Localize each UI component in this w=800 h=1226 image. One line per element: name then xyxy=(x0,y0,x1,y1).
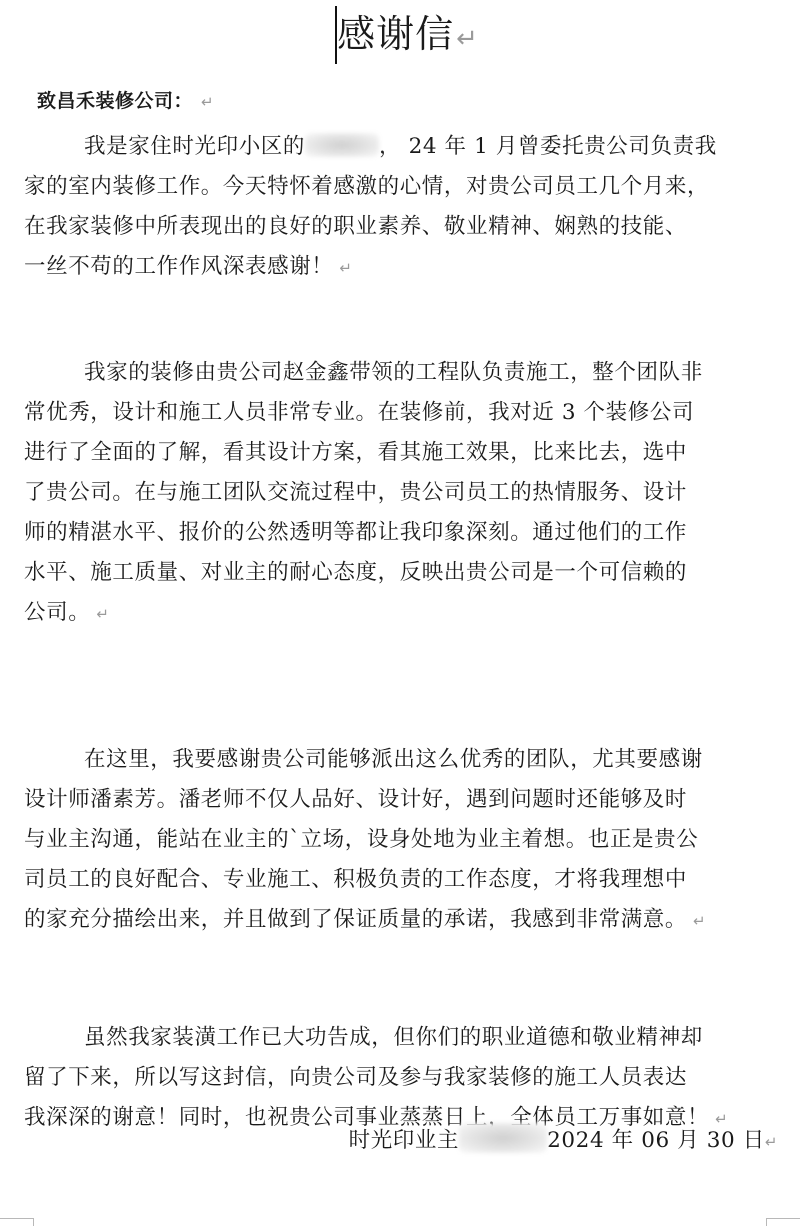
text-line: 设计师潘素芳。潘老师不仅人品好、设计好，遇到问题时还能够及时 xyxy=(24,780,776,820)
text-line: 进行了全面的了解，看其设计方案，看其施工效果，比来比去，选中 xyxy=(24,433,776,473)
page-margin-marker-right xyxy=(766,1218,800,1226)
text-line: 家的室内装修工作。今天特怀着感激的心情，对贵公司员工几个月来， xyxy=(24,167,776,207)
text-line: 一丝不苟的工作作风深表感谢！↵ xyxy=(24,247,776,287)
text-line: 的家充分描绘出来，并且做到了保证质量的承诺，我感到非常满意。↵ xyxy=(24,900,776,940)
paragraph-mark-icon: ↵ xyxy=(339,259,352,277)
title-text: 感谢信 xyxy=(337,12,454,56)
title-row: 感谢信↵ xyxy=(0,4,800,64)
text-line: 我家的装修由贵公司赵金鑫带领的工程队负责施工，整个团队非 xyxy=(24,353,776,393)
text-line: 我是家住时光印小区的， 24 年 1 月曾委托贵公司负责我 xyxy=(24,127,776,167)
line-text: 的家充分描绘出来，并且做到了保证质量的承诺，我感到非常满意。 xyxy=(24,907,687,932)
line-text: 公司。 xyxy=(24,600,90,625)
line-text: ， xyxy=(379,134,401,159)
line-text: 24 年 1 月曾委托贵公司负责我 xyxy=(409,134,717,159)
text-line: 在我家装修中所表现出的良好的职业素养、敬业精神、娴熟的技能、 xyxy=(24,207,776,247)
signature-prefix: 时光印业主 xyxy=(349,1128,460,1153)
text-line: 留了下来，所以写这封信，向贵公司及参与我家装修的施工人员表达 xyxy=(24,1058,776,1098)
text-line: 司员工的良好配合、专业施工、积极负责的工作态度，才将我理想中 xyxy=(24,860,776,900)
paragraph-mark-icon: ↵ xyxy=(693,912,706,930)
text-line: 了贵公司。在与施工团队交流过程中，贵公司员工的热情服务、设计 xyxy=(24,473,776,513)
document-page: 感谢信↵ 致昌禾装修公司：↵ 我是家住时光印小区的， 24 年 1 月曾委托贵公… xyxy=(0,0,800,1226)
paragraph-3[interactable]: 在这里，我要感谢贵公司能够派出这么优秀的团队，尤其要感谢 设计师潘素芳。潘老师不… xyxy=(24,740,776,940)
signature-line[interactable]: 时光印业主2024 年 06 月 30 日↵ xyxy=(349,1121,778,1162)
paragraph-2[interactable]: 我家的装修由贵公司赵金鑫带领的工程队负责施工，整个团队非 常优秀，设计和施工人员… xyxy=(24,353,776,633)
line-text: 一丝不苟的工作作风深表感谢！ xyxy=(24,254,333,279)
paragraph-mark-icon: ↵ xyxy=(201,93,214,111)
text-line: 虽然我家装潢工作已大功告成，但你们的职业道德和敬业精神却 xyxy=(24,1018,776,1058)
text-cursor xyxy=(335,6,337,64)
document-title[interactable]: 感谢信↵ xyxy=(335,4,479,69)
line-text: 我是家住时光印小区的 xyxy=(84,134,305,159)
paragraph-1[interactable]: 我是家住时光印小区的， 24 年 1 月曾委托贵公司负责我 家的室内装修工作。今… xyxy=(24,127,776,287)
redacted-name xyxy=(305,133,379,157)
redacted-signature xyxy=(459,1123,547,1153)
paragraph-mark-icon: ↵ xyxy=(456,24,479,54)
text-line: 水平、施工质量、对业主的耐心态度，反映出贵公司是一个可信赖的 xyxy=(24,553,776,593)
paragraph-mark-icon: ↵ xyxy=(765,1133,778,1151)
signature-date: 2024 年 06 月 30 日 xyxy=(547,1128,765,1153)
paragraph-4[interactable]: 虽然我家装潢工作已大功告成，但你们的职业道德和敬业精神却 留了下来，所以写这封信… xyxy=(24,1018,776,1138)
text-line: 师的精湛水平、报价的公然透明等都让我印象深刻。通过他们的工作 xyxy=(24,513,776,553)
text-line: 常优秀，设计和施工人员非常专业。在装修前，我对近 3 个装修公司 xyxy=(24,393,776,433)
salutation-text: 致昌禾装修公司： xyxy=(37,90,193,112)
text-line: 在这里，我要感谢贵公司能够派出这么优秀的团队，尤其要感谢 xyxy=(24,740,776,780)
paragraph-mark-icon: ↵ xyxy=(96,605,109,623)
salutation[interactable]: 致昌禾装修公司：↵ xyxy=(37,85,214,118)
text-line: 与业主沟通，能站在业主的`立场，设身处地为业主着想。也正是贵公 xyxy=(24,820,776,860)
page-margin-marker-left xyxy=(0,1218,34,1226)
text-line: 公司。↵ xyxy=(24,593,776,633)
